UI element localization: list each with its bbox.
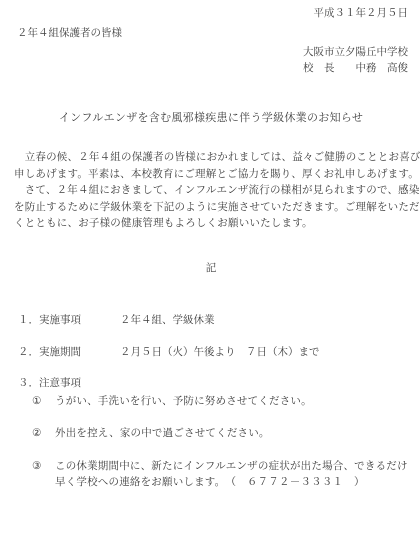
item-value: ２年４組、学級休業 xyxy=(120,313,408,329)
note-item-3: ③ この休業期間中に、新たにインフルエンザの症状が出た場合、できるだけ早く学校へ… xyxy=(32,459,408,492)
document-title: インフルエンザを含む風邪様疾患に伴う学級休業のお知らせ xyxy=(14,110,408,126)
list-item-implementation: １．実施事項 ２年４組、学級休業 xyxy=(18,313,408,329)
item-label: ３．注意事項 xyxy=(18,376,120,392)
list-item-period: ２．実施期間 ２月５日（火）午後より ７日（木）まで xyxy=(18,345,408,361)
body-line: 申しあげます。平素は、本校教育にご理解とご協力を賜り、厚くお礼申しあげます。 xyxy=(14,167,408,184)
body-paragraphs: 立春の候、２年４組の保護者の皆様におかれましては、益々ご健勝のこととお喜び 申し… xyxy=(14,150,408,233)
sender-block: 大阪市立夕陽丘中学校 校 長 中務 高俊 xyxy=(14,45,408,77)
document-page: 平成３１年２月５日 ２年４組保護者の皆様 大阪市立夕陽丘中学校 校 長 中務 高… xyxy=(0,0,420,544)
body-line: くとともに、お子様の健康管理もよろしくお願いいたします。 xyxy=(14,216,408,233)
list-item-precautions: ３．注意事項 xyxy=(18,376,408,392)
body-line: 立春の候、２年４組の保護者の皆様におかれましては、益々ご健勝のこととお喜び xyxy=(14,150,408,167)
item-value: ２月５日（火）午後より ７日（木）まで xyxy=(120,345,408,361)
body-line: さて、２年４組におきまして、インフルエンザ流行の様相が見られますので、感染 xyxy=(14,183,408,200)
principal-name-line: 校 長 中務 高俊 xyxy=(14,61,408,77)
note-text: うがい、手洗いを行い、予防に努めさせてください。 xyxy=(55,394,408,411)
body-line: を防止するために学級休業を下記のように実施させていただきます。ご理解をいただ xyxy=(14,200,408,217)
circled-number: ③ xyxy=(32,459,55,492)
school-name: 大阪市立夕陽丘中学校 xyxy=(14,45,408,61)
item-value xyxy=(120,376,408,392)
note-text: 外出を控え、家の中で過ごさせてください。 xyxy=(55,426,408,443)
note-text: この休業期間中に、新たにインフルエンザの症状が出た場合、できるだけ早く学校への連… xyxy=(55,459,408,492)
note-item-2: ② 外出を控え、家の中で過ごさせてください。 xyxy=(32,426,408,443)
document-date: 平成３１年２月５日 xyxy=(14,6,408,22)
circled-number: ① xyxy=(32,394,55,411)
item-label: １．実施事項 xyxy=(18,313,120,329)
addressee-line: ２年４組保護者の皆様 xyxy=(17,26,408,42)
item-label: ２．実施期間 xyxy=(18,345,120,361)
record-heading: 記 xyxy=(14,261,408,277)
note-item-1: ① うがい、手洗いを行い、予防に努めさせてください。 xyxy=(32,394,408,411)
circled-number: ② xyxy=(32,426,55,443)
